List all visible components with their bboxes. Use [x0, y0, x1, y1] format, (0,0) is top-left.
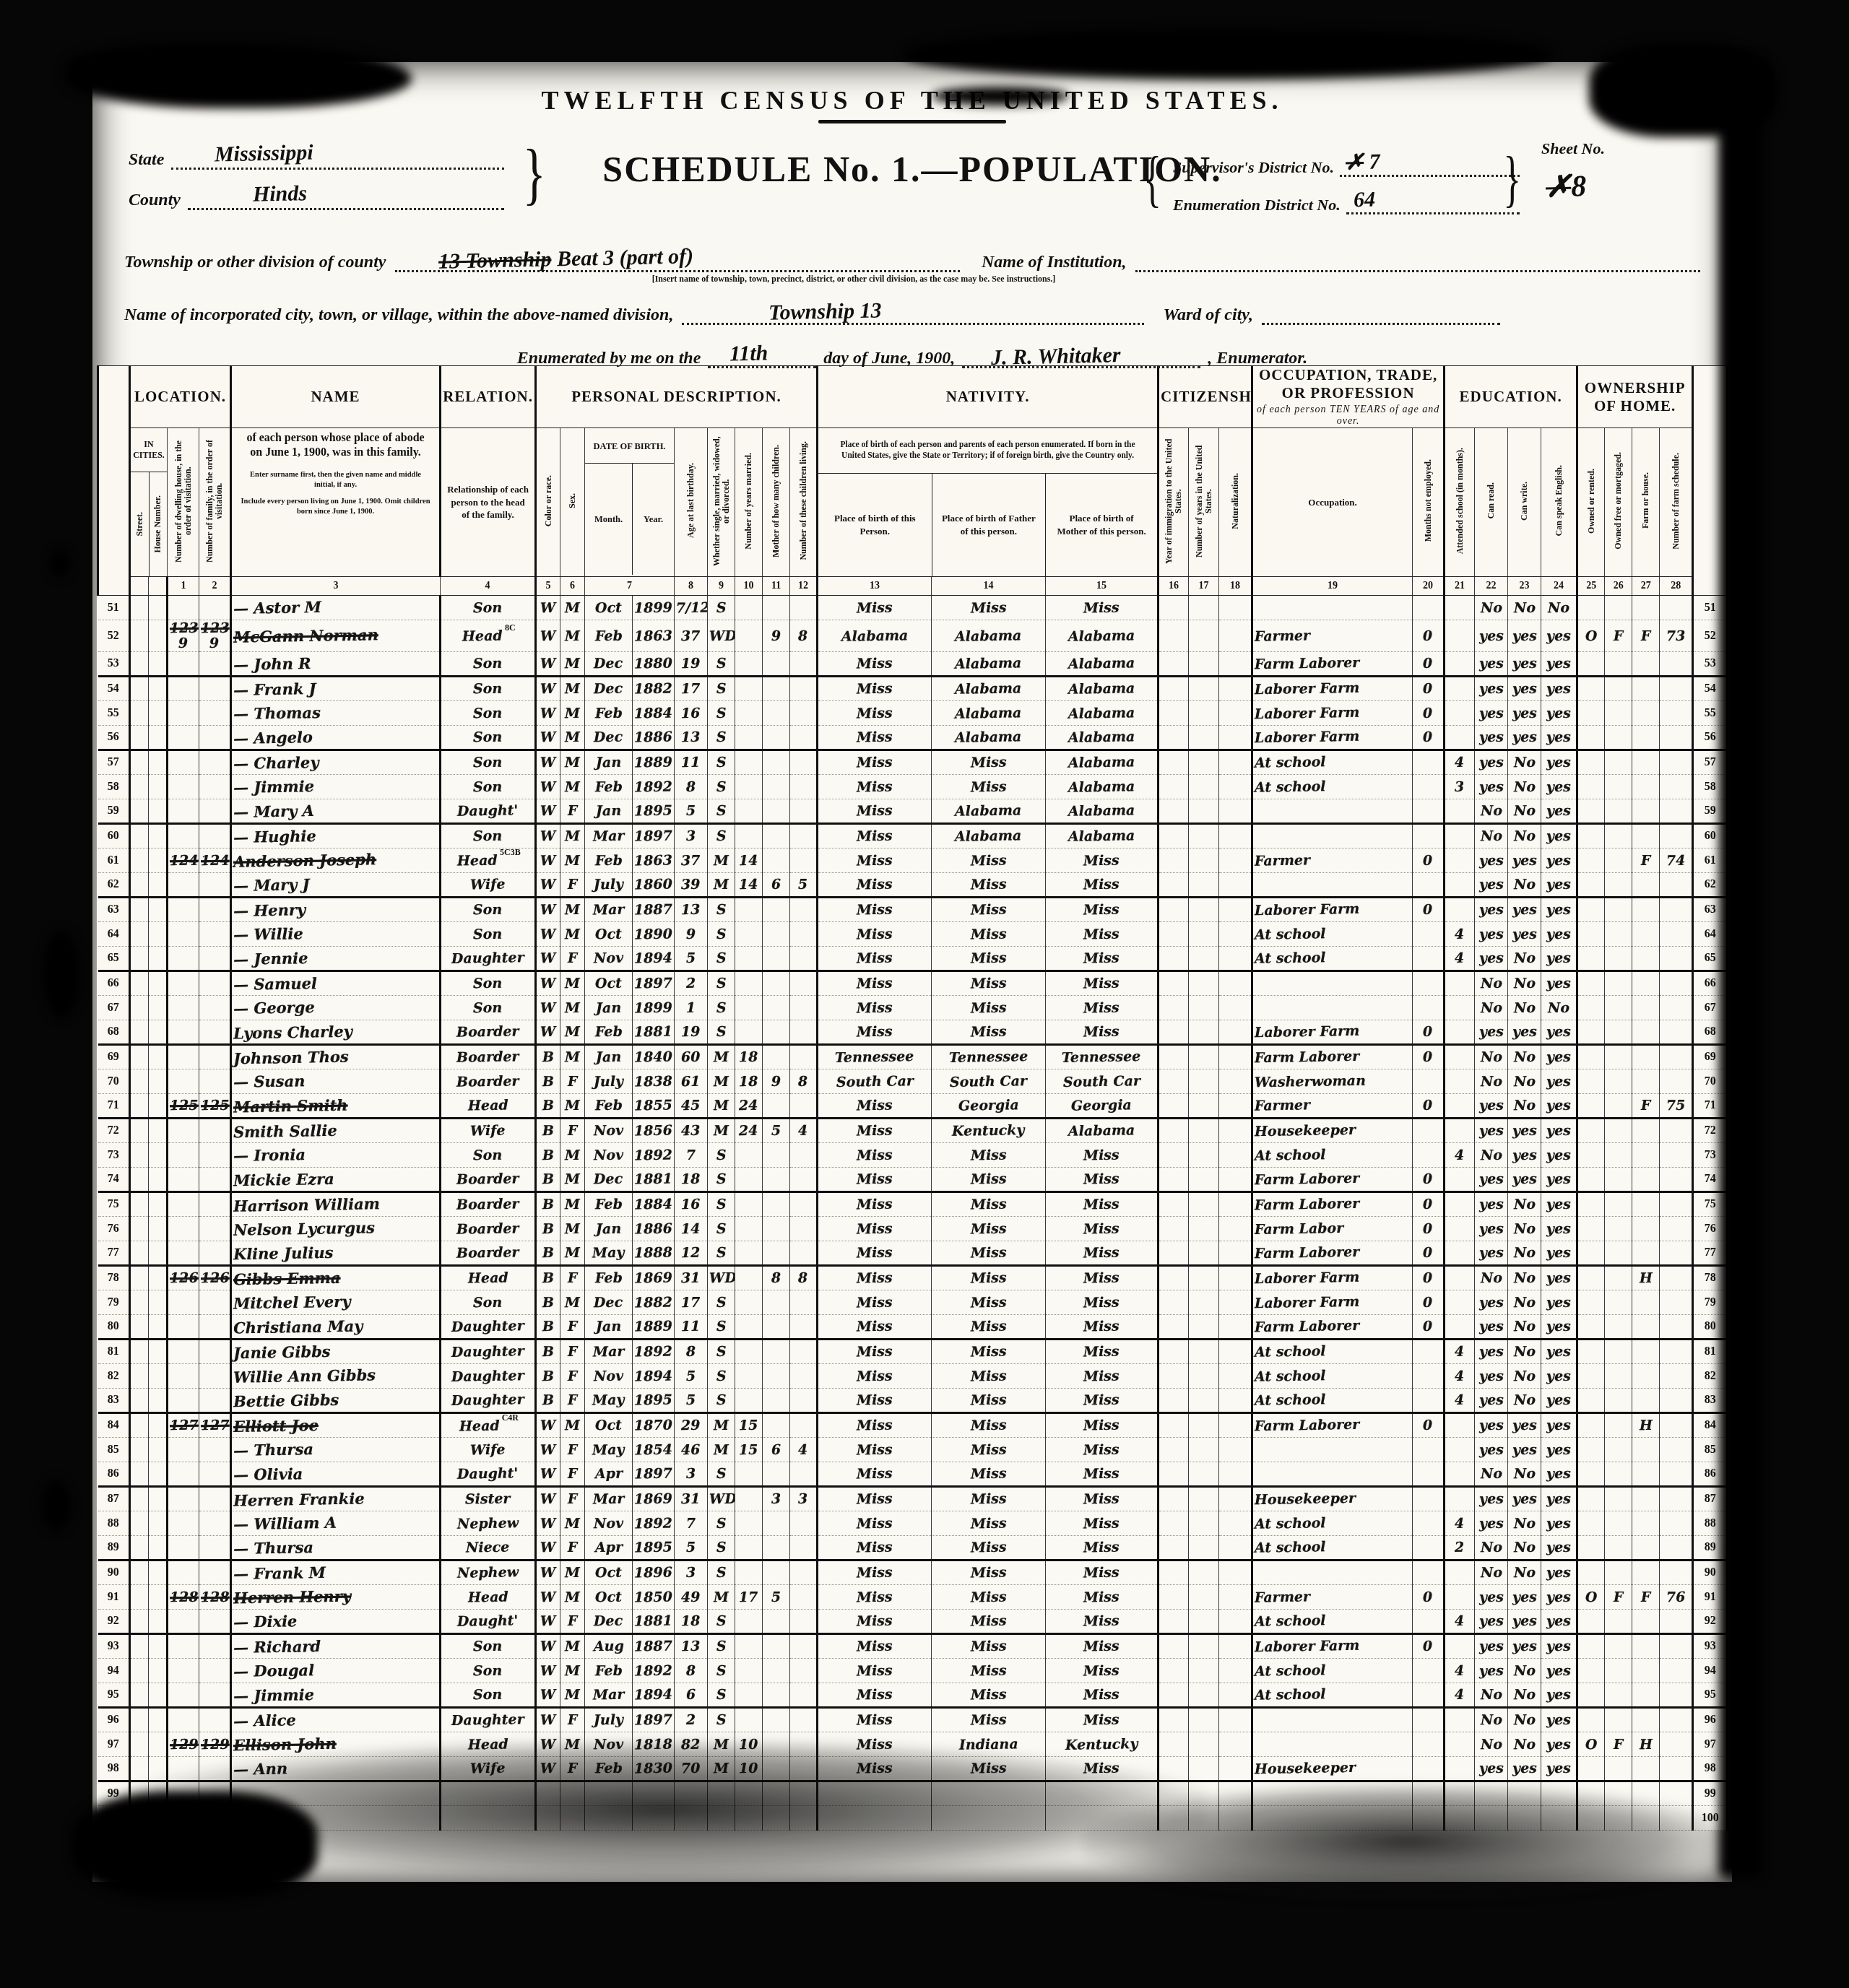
- cell-write: yes: [1508, 1168, 1541, 1192]
- cell-ym: [735, 620, 763, 652]
- cell-pbf: Miss: [932, 596, 1046, 620]
- cell-mar: S: [708, 799, 735, 824]
- cell-mne: 0: [1413, 1290, 1445, 1315]
- cell-pbf: Miss: [932, 971, 1046, 996]
- cell-fh: [1632, 1290, 1660, 1315]
- cell-own: [1577, 1069, 1605, 1094]
- cell-pb: Miss: [818, 1020, 932, 1045]
- cell-yrs: [1189, 701, 1219, 726]
- cell-pbm: South Car: [1046, 1069, 1159, 1094]
- cell-nat: [1219, 596, 1252, 620]
- cell-own: [1577, 1290, 1605, 1315]
- cell-eng: yes: [1541, 1683, 1577, 1708]
- cell-fs: [1660, 1487, 1693, 1511]
- cell-chl: [790, 922, 818, 947]
- cell-name: — Astor M: [231, 596, 441, 620]
- cell-fam: [199, 1389, 231, 1413]
- cell-by: 1889: [633, 750, 675, 775]
- cell-name: — Dixie: [231, 1610, 441, 1634]
- column-number-8: 8: [675, 577, 708, 596]
- cell-own: [1577, 701, 1605, 726]
- column-number-14: 14: [932, 577, 1046, 596]
- cell-fam: 125: [199, 1094, 231, 1119]
- cell-pbm: Miss: [1046, 596, 1159, 620]
- column-number-27: 27: [1632, 577, 1660, 596]
- cell-mch: [763, 971, 790, 996]
- cell-occ: At school: [1252, 1659, 1413, 1683]
- cell-name: — Susan: [231, 1069, 441, 1094]
- cell-own: [1577, 1119, 1605, 1143]
- scan-smudge-bottom-right: [1083, 1784, 1733, 1899]
- cell-yrs: [1189, 1119, 1219, 1143]
- cell-nat: [1219, 1708, 1252, 1732]
- cell-write: No: [1508, 1389, 1541, 1413]
- cell-age: 19: [675, 652, 708, 677]
- column-number-21: 21: [1445, 577, 1475, 596]
- cell-pbm: Miss: [1046, 1585, 1159, 1610]
- cell-s: F: [560, 1266, 585, 1290]
- cell-s: M: [560, 1561, 585, 1585]
- cell-bm: July: [585, 1708, 633, 1732]
- cell-pbm: Miss: [1046, 1683, 1159, 1708]
- row-number-left: 85: [98, 1438, 130, 1462]
- cell-sch: [1445, 701, 1475, 726]
- cell-occ: At school: [1252, 1610, 1413, 1634]
- cell-dw: [168, 898, 199, 922]
- cell-fs: [1660, 1192, 1693, 1217]
- cell-fs: [1660, 750, 1693, 775]
- cell-bm: July: [585, 1069, 633, 1094]
- cell-yrs: [1189, 1241, 1219, 1266]
- cell-own: [1577, 898, 1605, 922]
- cell-own: [1577, 971, 1605, 996]
- cell-eng: yes: [1541, 775, 1577, 799]
- cell-read: yes: [1475, 620, 1508, 652]
- cell-write: No: [1508, 1315, 1541, 1340]
- cell-ofm: [1605, 1241, 1632, 1266]
- cell-pbm: Alabama: [1046, 1119, 1159, 1143]
- cell-fam: [199, 1168, 231, 1192]
- cell-by: 1894: [633, 1364, 675, 1389]
- cell-read: yes: [1475, 1511, 1508, 1536]
- cell-name: — Henry: [231, 898, 441, 922]
- cell-rel: Niece: [441, 1536, 536, 1561]
- cell-house: [149, 750, 168, 775]
- cell-rel: Son: [441, 750, 536, 775]
- cell-c: W: [536, 824, 560, 848]
- cell-street: [130, 1585, 149, 1610]
- cell-own: [1577, 726, 1605, 750]
- children-living-header: Number of these children living.: [790, 428, 818, 577]
- cell-rel: Sister: [441, 1487, 536, 1511]
- cell-c: W: [536, 971, 560, 996]
- cell-mch: [763, 898, 790, 922]
- cell-eng: yes: [1541, 1634, 1577, 1659]
- cell-own: [1577, 1340, 1605, 1364]
- cell-imm: [1159, 824, 1189, 848]
- cell-pb: Miss: [818, 1413, 932, 1438]
- cell-street: [130, 1487, 149, 1511]
- cell-write: No: [1508, 1217, 1541, 1241]
- cell-house: [149, 775, 168, 799]
- cell-mch: [763, 1315, 790, 1340]
- cell-read: yes: [1475, 1119, 1508, 1143]
- cell-pbf: Miss: [932, 750, 1046, 775]
- cell-pbf: Miss: [932, 1217, 1046, 1241]
- cell-ofm: F: [1605, 620, 1632, 652]
- cell-name: Martin Smith: [231, 1094, 441, 1119]
- cell-mne: 0: [1413, 620, 1445, 652]
- cell-yrs: [1189, 1340, 1219, 1364]
- cell-write: No: [1508, 775, 1541, 799]
- cell-fam: 124: [199, 848, 231, 873]
- cell-rel: Son: [441, 1683, 536, 1708]
- township-struck: 13 Township: [438, 247, 551, 273]
- cell-write: yes: [1508, 1413, 1541, 1438]
- cell-ofm: F: [1605, 1732, 1632, 1757]
- cell-house: [149, 677, 168, 701]
- cell-house: [149, 1119, 168, 1143]
- cell-ym: [735, 1364, 763, 1389]
- cell-mch: [763, 824, 790, 848]
- cell-fam: [199, 1683, 231, 1708]
- cell-age: 8: [675, 1659, 708, 1683]
- cell-dw: [168, 1217, 199, 1241]
- cell-street: [130, 1119, 149, 1143]
- cell-write: No: [1508, 873, 1541, 898]
- cell-bm: Mar: [585, 898, 633, 922]
- cell-fam: [199, 1536, 231, 1561]
- cell-yrs: [1189, 922, 1219, 947]
- cell-mar: S: [708, 1020, 735, 1045]
- cell-rel: Head: [441, 1585, 536, 1610]
- column-number-20: 20: [1413, 577, 1445, 596]
- cell-write: yes: [1508, 1119, 1541, 1143]
- cell-c: W: [536, 898, 560, 922]
- table-row: 83Bettie GibbsDaughterBFMay18955SMissMis…: [98, 1389, 1728, 1413]
- dob-header: DATE OF BIRTH. Month. Year.: [585, 428, 675, 577]
- cell-bm: May: [585, 1438, 633, 1462]
- cell-fs: [1660, 1340, 1693, 1364]
- cell-ofm: [1605, 1094, 1632, 1119]
- row-number-left: 59: [98, 799, 130, 824]
- cell-rel: Daughter: [441, 1315, 536, 1340]
- cell-s: F: [560, 799, 585, 824]
- cell-sch: [1445, 1315, 1475, 1340]
- cell-pbf: Miss: [932, 1536, 1046, 1561]
- cell-pb: Miss: [818, 1634, 932, 1659]
- enumerator-signature: J. R. Whitaker: [991, 343, 1121, 370]
- cell-rel: Son: [441, 652, 536, 677]
- cell-sch: [1445, 1634, 1475, 1659]
- cell-imm: [1159, 848, 1189, 873]
- cell-fs: [1660, 1020, 1693, 1045]
- cell-bm: Feb: [585, 775, 633, 799]
- cell-pbm: Miss: [1046, 1340, 1159, 1364]
- cell-s: M: [560, 1094, 585, 1119]
- cell-pbf: Miss: [932, 1659, 1046, 1683]
- cell-name: Janie Gibbs: [231, 1340, 441, 1364]
- cell-eng: yes: [1541, 1119, 1577, 1143]
- cell-fh: [1632, 1708, 1660, 1732]
- cell-chl: [790, 1290, 818, 1315]
- cell-name: — George: [231, 996, 441, 1020]
- cell-pb: Miss: [818, 1683, 932, 1708]
- nativity-note: Place of birth of each person and parent…: [818, 428, 1157, 474]
- in-cities-header: IN CITIES. Street. House Number.: [130, 428, 168, 577]
- cell-nat: [1219, 1364, 1252, 1389]
- cell-by: 1887: [633, 898, 675, 922]
- cell-mar: S: [708, 1536, 735, 1561]
- column-number-1: 1: [168, 577, 199, 596]
- cell-nat: [1219, 1168, 1252, 1192]
- cell-s: M: [560, 1045, 585, 1069]
- cell-sch: 2: [1445, 1536, 1475, 1561]
- cell-by: 1884: [633, 701, 675, 726]
- cell-age: 37: [675, 620, 708, 652]
- cell-fs: [1660, 1217, 1693, 1241]
- cell-chl: [790, 677, 818, 701]
- row-number-left: 53: [98, 652, 130, 677]
- cell-fs: 76: [1660, 1585, 1693, 1610]
- cell-rel: Wife: [441, 1438, 536, 1462]
- cell-occ: At school: [1252, 1536, 1413, 1561]
- column-number-9: 9: [708, 577, 735, 596]
- cell-ym: [735, 799, 763, 824]
- cell-ofm: [1605, 775, 1632, 799]
- cell-dw: [168, 1708, 199, 1732]
- cell-bm: Feb: [585, 1659, 633, 1683]
- cell-write: yes: [1508, 620, 1541, 652]
- cell-chl: [790, 1659, 818, 1683]
- cell-mar: S: [708, 1561, 735, 1585]
- cell-pbm: Miss: [1046, 1143, 1159, 1168]
- row-number-left: 65: [98, 947, 130, 971]
- cell-pb: Miss: [818, 1192, 932, 1217]
- cell-ofm: [1605, 1659, 1632, 1683]
- cell-mne: 0: [1413, 1094, 1445, 1119]
- cell-by: 1854: [633, 1438, 675, 1462]
- cell-c: W: [536, 596, 560, 620]
- cell-ofm: [1605, 824, 1632, 848]
- cell-bm: Oct: [585, 922, 633, 947]
- cell-chl: [790, 898, 818, 922]
- cell-mar: S: [708, 1315, 735, 1340]
- cell-fh: F: [1632, 620, 1660, 652]
- cell-ofm: [1605, 1340, 1632, 1364]
- cell-rel: Son: [441, 996, 536, 1020]
- column-number-22: 22: [1475, 577, 1508, 596]
- cell-fh: [1632, 1634, 1660, 1659]
- cell-dw: [168, 1364, 199, 1389]
- cell-bm: Nov: [585, 1119, 633, 1143]
- cell-fam: [199, 775, 231, 799]
- cell-fs: [1660, 1241, 1693, 1266]
- cell-street: [130, 1389, 149, 1413]
- cell-read: No: [1475, 1708, 1508, 1732]
- cell-sch: 4: [1445, 1389, 1475, 1413]
- table-row: 96— AliceDaughterWFJuly18972SMissMissMis…: [98, 1708, 1728, 1732]
- cell-rel: Daught': [441, 1610, 536, 1634]
- cell-fs: [1660, 677, 1693, 701]
- cell-house: [149, 1683, 168, 1708]
- cell-ym: 18: [735, 1045, 763, 1069]
- marital-header: Whether single, married, widowed, or div…: [708, 428, 735, 577]
- cell-sch: [1445, 677, 1475, 701]
- cell-chl: [790, 1561, 818, 1585]
- row-number-left: 66: [98, 971, 130, 996]
- cell-chl: [790, 1413, 818, 1438]
- cell-occ: [1252, 1732, 1413, 1757]
- enumerated-row: Enumerated by me on the 11th day of June…: [124, 335, 1700, 368]
- cell-sch: [1445, 898, 1475, 922]
- cell-name: — William A: [231, 1511, 441, 1536]
- cell-pbm: Alabama: [1046, 701, 1159, 726]
- cell-yrs: [1189, 1462, 1219, 1487]
- table-row: 76Nelson LycurgusBoarderBMJan188614SMiss…: [98, 1217, 1728, 1241]
- cell-imm: [1159, 1462, 1189, 1487]
- cell-bm: Mar: [585, 1487, 633, 1511]
- cell-rel: Boarder: [441, 1217, 536, 1241]
- table-row: 91128128Herren HenryHeadWMOct185049M175M…: [98, 1585, 1728, 1610]
- table-row: 56— AngeloSonWMDec188613SMissAlabamaAlab…: [98, 726, 1728, 750]
- cell-house: [149, 1585, 168, 1610]
- cell-by: 1892: [633, 1659, 675, 1683]
- cell-bm: Jan: [585, 1217, 633, 1241]
- row-number-left: 92: [98, 1610, 130, 1634]
- cell-pbf: Miss: [932, 1020, 1046, 1045]
- cell-write: yes: [1508, 701, 1541, 726]
- cell-age: 31: [675, 1487, 708, 1511]
- cell-write: No: [1508, 750, 1541, 775]
- cell-sch: [1445, 1462, 1475, 1487]
- cell-fam: [199, 1634, 231, 1659]
- cell-street: [130, 898, 149, 922]
- cell-rel: Son: [441, 922, 536, 947]
- cell-own: [1577, 947, 1605, 971]
- cell-street: [130, 750, 149, 775]
- cell-sch: [1445, 1561, 1475, 1585]
- cell-eng: yes: [1541, 1610, 1577, 1634]
- cell-chl: 4: [790, 1438, 818, 1462]
- cell-own: [1577, 1487, 1605, 1511]
- cell-occ: Farmer: [1252, 1585, 1413, 1610]
- cell-mne: [1413, 1511, 1445, 1536]
- cell-fh: [1632, 1364, 1660, 1389]
- cell-mne: [1413, 1561, 1445, 1585]
- cell-own: [1577, 1143, 1605, 1168]
- cell-c: B: [536, 1241, 560, 1266]
- cell-pbm: Miss: [1046, 1708, 1159, 1732]
- cell-house: [149, 726, 168, 750]
- cell-read: yes: [1475, 1757, 1508, 1781]
- cell-eng: yes: [1541, 1561, 1577, 1585]
- cell-pbm: Miss: [1046, 1438, 1159, 1462]
- cell-nat: [1219, 1266, 1252, 1290]
- cell-fam: [199, 596, 231, 620]
- cell-write: No: [1508, 1732, 1541, 1757]
- cell-mar: S: [708, 1634, 735, 1659]
- cell-age: 5: [675, 1536, 708, 1561]
- row-number-left: 69: [98, 1045, 130, 1069]
- cell-fs: [1660, 1659, 1693, 1683]
- cell-ym: 14: [735, 848, 763, 873]
- cell-fs: [1660, 1438, 1693, 1462]
- table-row: 94— DougalSonWMFeb18928SMissMissMissAt s…: [98, 1659, 1728, 1683]
- cell-s: F: [560, 1438, 585, 1462]
- cell-mch: [763, 652, 790, 677]
- cell-nat: [1219, 652, 1252, 677]
- cell-mch: [763, 1389, 790, 1413]
- cell-write: yes: [1508, 898, 1541, 922]
- cell-own: [1577, 1168, 1605, 1192]
- cell-chl: [790, 1511, 818, 1536]
- table-row: 88— William ANephewWMNov18927SMissMissMi…: [98, 1511, 1728, 1536]
- cell-age: 14: [675, 1217, 708, 1241]
- cell-fh: [1632, 1659, 1660, 1683]
- cell-sch: [1445, 1045, 1475, 1069]
- cell-mar: S: [708, 1217, 735, 1241]
- cell-write: No: [1508, 947, 1541, 971]
- cell-eng: yes: [1541, 824, 1577, 848]
- pob-header: Place of birth of this Person.: [818, 474, 932, 576]
- cell-chl: [790, 652, 818, 677]
- cell-chl: [790, 947, 818, 971]
- cell-c: B: [536, 1119, 560, 1143]
- cell-by: 1899: [633, 996, 675, 1020]
- cell-bm: Oct: [585, 1561, 633, 1585]
- cell-eng: No: [1541, 996, 1577, 1020]
- cell-occ: Farm Laborer: [1252, 1045, 1413, 1069]
- cell-eng: yes: [1541, 750, 1577, 775]
- cell-yrs: [1189, 947, 1219, 971]
- cell-mne: [1413, 1610, 1445, 1634]
- cell-eng: yes: [1541, 1217, 1577, 1241]
- cell-by: 1882: [633, 677, 675, 701]
- cell-mne: [1413, 775, 1445, 799]
- cell-street: [130, 1536, 149, 1561]
- cell-street: [130, 1192, 149, 1217]
- column-number-blank: [130, 577, 149, 596]
- cell-write: No: [1508, 1340, 1541, 1364]
- cell-pbm: Miss: [1046, 1659, 1159, 1683]
- name-header: of each person whose place of abode on J…: [231, 428, 441, 577]
- row-number-left: 78: [98, 1266, 130, 1290]
- table-row: 80Christiana MayDaughterBFJan188911SMiss…: [98, 1315, 1728, 1340]
- cell-write: yes: [1508, 1757, 1541, 1781]
- cell-ym: 15: [735, 1413, 763, 1438]
- cell-fam: [199, 1438, 231, 1462]
- cell-pb: Miss: [818, 1610, 932, 1634]
- cell-ofm: [1605, 1536, 1632, 1561]
- cell-bm: Mar: [585, 1340, 633, 1364]
- cell-rel: Daught': [441, 1462, 536, 1487]
- cell-fam: [199, 1241, 231, 1266]
- cell-ofm: [1605, 848, 1632, 873]
- table-row: 61124124Anderson JosephHead5C3BWMFeb1863…: [98, 848, 1728, 873]
- cell-by: 1895: [633, 799, 675, 824]
- enumerated-rest: day of June, 1900,: [823, 349, 955, 368]
- cell-street: [130, 775, 149, 799]
- cell-age: 13: [675, 898, 708, 922]
- cell-house: [149, 652, 168, 677]
- cell-house: [149, 1487, 168, 1511]
- city-value: Township 13: [768, 298, 882, 325]
- cell-ym: [735, 775, 763, 799]
- cell-read: yes: [1475, 1634, 1508, 1659]
- cell-ym: [735, 726, 763, 750]
- cell-pbf: Miss: [932, 947, 1046, 971]
